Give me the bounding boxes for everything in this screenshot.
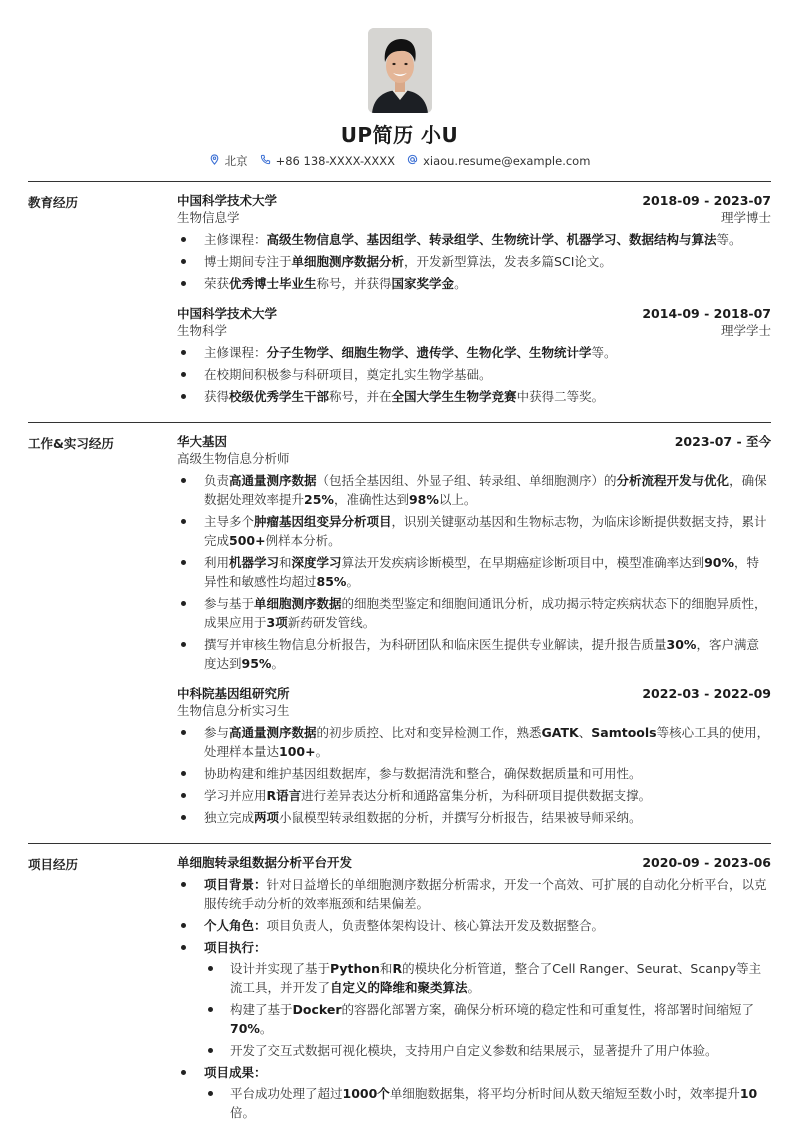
candidate-name: UP简历 小U [28,122,771,148]
location-text: 北京 [225,153,248,169]
entry-header: 中国科学技术大学2018-09 - 2023-07 [177,192,771,209]
resume-page: UP简历 小U 北京 +86 138-XXXX-XXXX xiaou.resum… [0,0,799,1130]
bullet-label: 项目执行： [204,940,267,955]
bullet-item: 独立完成两项小鼠模型转录组数据的分析，并撰写分析报告，结果被导师采纳。 [177,808,771,827]
emphasis-text: 30% [667,637,697,652]
proj-entry: 单细胞转录组数据分析平台开发2020-09 - 2023-06项目背景：针对日益… [177,854,771,1122]
at-icon [407,153,418,169]
organization-name: 中国科学技术大学 [177,305,277,322]
bullet-label: 个人角色： [204,918,267,933]
emphasis-text: R [392,961,402,976]
emphasis-text: 单细胞测序数据分析 [292,254,405,269]
email-text: xiaou.resume@example.com [423,153,590,169]
entry-subheader: 高级生物信息分析师 [177,450,771,467]
entry-subheader: 生物信息分析实习生 [177,702,771,719]
emphasis-text: 自定义的降维和聚类算法 [330,980,468,995]
bullet-item: 个人角色：项目负责人，负责整体架构设计、核心算法开发及数据整合。 [177,916,771,935]
contact-email: xiaou.resume@example.com [407,153,590,169]
work-entry: 华大基因2023-07 - 至今高级生物信息分析师负责高通量测序数据（包括全基因… [177,433,771,673]
emphasis-text: 70% [230,1021,260,1036]
organization-name: 中国科学技术大学 [177,192,277,209]
sub-bullet-item: 构建了基于Docker的容器化部署方案，确保分析环境的稳定性和可重复性，将部署时… [204,1000,771,1038]
emphasis-text: 校级优秀学生干部 [229,389,329,404]
project-name: 单细胞转录组数据分析平台开发 [177,854,352,871]
section-education: 教育经历 中国科学技术大学2018-09 - 2023-07生物信息学理学博士主… [28,181,771,410]
emphasis-text: 两项 [254,810,279,825]
contact-info: 北京 +86 138-XXXX-XXXX xiaou.resume@exampl… [28,153,771,169]
bullet-label: 项目成果： [204,1065,267,1080]
location-pin-icon [209,153,220,169]
emphasis-text: 1000个 [343,1086,390,1101]
sub-bullet-list: 设计并实现了基于Python和R的模块化分析管道，整合了Cell Ranger、… [204,959,771,1060]
job-title: 高级生物信息分析师 [177,450,290,467]
emphasis-text: 3项 [267,615,288,630]
date-range: 2022-03 - 2022-09 [642,685,771,702]
work-entry: 中科院基因组研究所2022-03 - 2022-09生物信息分析实习生参与高通量… [177,685,771,827]
bullet-item: 主导多个肿瘤基因组变异分析项目，识别关键驱动基因和生物标志物，为临床诊断提供数据… [177,512,771,550]
project-list: 单细胞转录组数据分析平台开发2020-09 - 2023-06项目背景：针对日益… [177,854,771,1126]
entry-subheader: 生物科学理学学士 [177,322,771,339]
bullet-item: 主修课程：高级生物信息学、基因组学、转录组学、生物统计学、机器学习、数据结构与算… [177,230,771,249]
date-range: 2014-09 - 2018-07 [642,305,771,322]
organization-name: 中科院基因组研究所 [177,685,290,702]
sub-bullet-item: 设计并实现了基于Python和R的模块化分析管道，整合了Cell Ranger、… [204,959,771,997]
edu-entry: 中国科学技术大学2018-09 - 2023-07生物信息学理学博士主修课程：高… [177,192,771,293]
contact-location: 北京 [209,153,248,169]
bullet-item: 项目执行：设计并实现了基于Python和R的模块化分析管道，整合了Cell Ra… [177,938,771,1060]
emphasis-text: Python [330,961,380,976]
bullet-item: 获得校级优秀学生干部称号，并在全国大学生生物学竞赛中获得二等奖。 [177,387,771,406]
edu-entry: 中国科学技术大学2014-09 - 2018-07生物科学理学学士主修课程：分子… [177,305,771,406]
emphasis-text: 高级生物信息学、基因组学、转录组学、生物统计学、机器学习、数据结构与算法 [267,232,717,247]
entry-subheader: 生物信息学理学博士 [177,209,771,226]
major: 生物科学 [177,322,227,339]
bullet-item: 协助构建和维护基因组数据库，参与数据清洗和整合，确保数据质量和可用性。 [177,764,771,783]
emphasis-text: 高通量测序数据 [229,473,317,488]
bullet-item: 参与高通量测序数据的初步质控、比对和变异检测工作，熟悉GATK、Samtools… [177,723,771,761]
bullet-item: 项目背景：针对日益增长的单细胞测序数据分析需求，开发一个高效、可扩展的自动化分析… [177,875,771,913]
emphasis-text: 机器学习 [229,555,279,570]
bullet-item: 项目成果：平台成功处理了超过1000个单细胞数据集，将平均分析时间从数天缩短至数… [177,1063,771,1122]
entry-header: 中科院基因组研究所2022-03 - 2022-09 [177,685,771,702]
emphasis-text: 95% [242,656,272,671]
degree: 理学博士 [721,209,771,226]
emphasis-text: 深度学习 [292,555,342,570]
emphasis-text: 10 [740,1086,757,1101]
section-projects: 项目经历 单细胞转录组数据分析平台开发2020-09 - 2023-06项目背景… [28,843,771,1126]
date-range: 2018-09 - 2023-07 [642,192,771,209]
sub-bullet-item: 开发了交互式数据可视化模块，支持用户自定义参数和结果展示，显著提升了用户体验。 [204,1041,771,1060]
bullet-list: 主修课程：高级生物信息学、基因组学、转录组学、生物统计学、机器学习、数据结构与算… [177,230,771,293]
contact-phone: +86 138-XXXX-XXXX [260,153,395,169]
date-range: 2020-09 - 2023-06 [642,854,771,871]
emphasis-text: 90% [704,555,734,570]
bullet-label: 项目背景： [204,877,267,892]
degree: 理学学士 [721,322,771,339]
emphasis-text: 分析流程开发与优化 [617,473,730,488]
sub-bullet-item: 平台成功处理了超过1000个单细胞数据集，将平均分析时间从数天缩短至数小时，效率… [204,1084,771,1122]
emphasis-text: R语言 [267,788,302,803]
emphasis-text: 国家奖学金 [392,276,455,291]
emphasis-text: 高通量测序数据 [229,725,317,740]
major: 生物信息学 [177,209,240,226]
work-list: 华大基因2023-07 - 至今高级生物信息分析师负责高通量测序数据（包括全基因… [177,433,771,831]
section-work: 工作&实习经历 华大基因2023-07 - 至今高级生物信息分析师负责高通量测序… [28,422,771,831]
section-title: 工作&实习经历 [28,433,177,831]
emphasis-text: 优秀博士毕业生 [229,276,317,291]
section-title: 教育经历 [28,192,177,410]
phone-text: +86 138-XXXX-XXXX [276,153,395,169]
sub-bullet-list: 平台成功处理了超过1000个单细胞数据集，将平均分析时间从数天缩短至数小时，效率… [204,1084,771,1122]
bullet-item: 利用机器学习和深度学习算法开发疾病诊断模型，在早期癌症诊断项目中，模型准确率达到… [177,553,771,591]
emphasis-text: 85% [317,574,347,589]
phone-icon [260,153,271,169]
bullet-list: 项目背景：针对日益增长的单细胞测序数据分析需求，开发一个高效、可扩展的自动化分析… [177,875,771,1122]
bullet-item: 主修课程：分子生物学、细胞生物学、遗传学、生物化学、生物统计学等。 [177,343,771,362]
bullet-item: 撰写并审核生物信息分析报告，为科研团队和临床医生提供专业解读，提升报告质量30%… [177,635,771,673]
entry-header: 华大基因2023-07 - 至今 [177,433,771,450]
bullet-item: 参与基于单细胞测序数据的细胞类型鉴定和细胞间通讯分析，成功揭示特定疾病状态下的细… [177,594,771,632]
emphasis-text: 100+ [279,744,316,759]
date-range: 2023-07 - 至今 [675,433,771,450]
emphasis-text: 分子生物学、细胞生物学、遗传学、生物化学、生物统计学 [267,345,592,360]
bullet-item: 荣获优秀博士毕业生称号，并获得国家奖学金。 [177,274,771,293]
emphasis-text: 98% [409,492,439,507]
emphasis-text: 全国大学生生物学竞赛 [392,389,517,404]
avatar [368,28,432,113]
emphasis-text: Samtools [591,725,656,740]
bullet-list: 参与高通量测序数据的初步质控、比对和变异检测工作，熟悉GATK、Samtools… [177,723,771,827]
organization-name: 华大基因 [177,433,227,450]
bullet-list: 主修课程：分子生物学、细胞生物学、遗传学、生物化学、生物统计学等。在校期间积极参… [177,343,771,406]
bullet-list: 负责高通量测序数据（包括全基因组、外显子组、转录组、单细胞测序）的分析流程开发与… [177,471,771,673]
emphasis-text: GATK [542,725,579,740]
bullet-item: 学习并应用R语言进行差异表达分析和通路富集分析，为科研项目提供数据支撑。 [177,786,771,805]
bullet-item: 博士期间专注于单细胞测序数据分析，开发新型算法，发表多篇SCI论文。 [177,252,771,271]
emphasis-text: 500+ [229,533,266,548]
entry-header: 单细胞转录组数据分析平台开发2020-09 - 2023-06 [177,854,771,871]
education-list: 中国科学技术大学2018-09 - 2023-07生物信息学理学博士主修课程：高… [177,192,771,410]
emphasis-text: Docker [293,1002,342,1017]
resume-header: UP简历 小U 北京 +86 138-XXXX-XXXX xiaou.resum… [28,0,771,169]
entry-header: 中国科学技术大学2014-09 - 2018-07 [177,305,771,322]
bullet-item: 负责高通量测序数据（包括全基因组、外显子组、转录组、单细胞测序）的分析流程开发与… [177,471,771,509]
emphasis-text: 25% [304,492,334,507]
emphasis-text: 肿瘤基因组变异分析项目 [254,514,392,529]
emphasis-text: 单细胞测序数据 [254,596,342,611]
job-title: 生物信息分析实习生 [177,702,290,719]
section-title: 项目经历 [28,854,177,1126]
bullet-item: 在校期间积极参与科研项目，奠定扎实生物学基础。 [177,365,771,384]
